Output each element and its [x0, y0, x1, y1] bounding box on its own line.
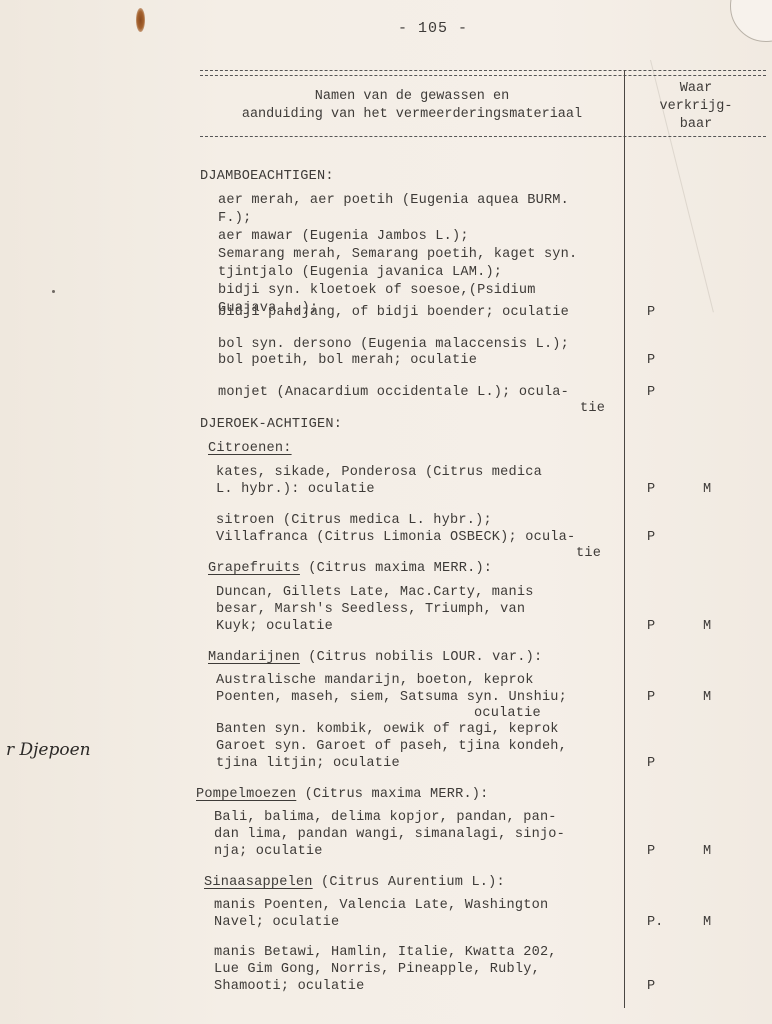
section-heading: DJEROEK-ACHTIGEN: [200, 416, 342, 434]
entry-line: tie [580, 400, 605, 418]
header-line: Waar [680, 81, 712, 96]
entry-line: nja; oculatie [214, 843, 323, 861]
entry-line: sitroen (Citrus medica L. hybr.); [216, 512, 492, 530]
column-header-availability: Waar verkrijg- baar [626, 80, 766, 134]
availability-m: M [703, 689, 711, 707]
availability-m: M [703, 618, 711, 636]
entry-line: Bali, balima, delima kopjor, pandan, pan… [214, 809, 557, 827]
entry-line: monjet (Anacardium occidentale L.); ocul… [218, 384, 569, 402]
group-heading-pompelmoezen: Pompelmoezen (Citrus maxima MERR.): [196, 786, 489, 804]
entry-line: Kuyk; oculatie [216, 618, 333, 636]
availability-p: P [647, 481, 655, 499]
entry-line: besar, Marsh's Seedless, Triumph, van [216, 601, 525, 619]
entry-line: Australische mandarijn, boeton, keprok [216, 672, 534, 690]
header-line: baar [680, 117, 712, 132]
availability-p: P [647, 755, 655, 773]
entry-line: aer mawar (Eugenia Jambos L.); [218, 228, 469, 246]
entry-line: Garoet syn. Garoet of paseh, tjina konde… [216, 738, 567, 756]
header-line: Namen van de gewassen en [315, 89, 509, 104]
availability-p: P. [647, 914, 663, 932]
entry-line: Banten syn. kombik, oewik of ragi, kepro… [216, 721, 559, 739]
availability-m: M [703, 843, 711, 861]
page-number: - 105 - [398, 20, 468, 37]
entry-line: Navel; oculatie [214, 914, 339, 932]
group-latin: (Citrus maxima MERR.): [296, 787, 488, 802]
group-heading-sinaasappelen: Sinaasappelen (Citrus Aurentium L.): [204, 874, 505, 892]
header-dashed-rule [200, 136, 766, 137]
availability-p: P [647, 384, 655, 402]
availability-p: P [647, 689, 655, 707]
group-heading-grapefruits: Grapefruits (Citrus maxima MERR.): [208, 560, 492, 578]
availability-p: P [647, 978, 655, 996]
header-line: verkrijg- [660, 99, 733, 114]
entry-line: Semarang merah, Semarang poetih, kaget s… [218, 246, 577, 264]
entry-line: manis Poenten, Valencia Late, Washington [214, 897, 548, 915]
entry-line: manis Betawi, Hamlin, Italie, Kwatta 202… [214, 944, 557, 962]
entry-line: bol poetih, bol merah; oculatie [218, 352, 477, 370]
entry-line: dan lima, pandan wangi, simanalagi, sinj… [214, 826, 565, 844]
group-heading-citroenen: Citroenen: [208, 440, 292, 458]
group-name: Pompelmoezen [196, 787, 296, 802]
availability-m: M [703, 914, 711, 932]
availability-p: P [647, 618, 655, 636]
entry-line: Shamooti; oculatie [214, 978, 364, 996]
entry-line: tie [576, 545, 601, 563]
group-latin: (Citrus nobilis LOUR. var.): [300, 650, 542, 665]
entry-line: Duncan, Gillets Late, Mac.Carty, manis [216, 584, 534, 602]
entry-line: Lue Gim Gong, Norris, Pineapple, Rubly, [214, 961, 540, 979]
entry-line: tjintjalo (Eugenia javanica LAM.); [218, 264, 502, 282]
availability-p: P [647, 352, 655, 370]
entry-line: bidji syn. kloetoek of soesoe,(Psidium [218, 282, 536, 300]
header-line: aanduiding van het vermeerderingsmateria… [242, 107, 582, 122]
entry-line: aer merah, aer poetih (Eugenia aquea BUR… [218, 192, 569, 210]
header-double-rule [200, 70, 766, 76]
availability-p: P [647, 843, 655, 861]
group-name: Grapefruits [208, 561, 300, 576]
entry-line: tjina litjin; oculatie [216, 755, 400, 773]
availability-m: M [703, 481, 711, 499]
group-name: Sinaasappelen [204, 875, 313, 890]
entry-line: F.); [218, 210, 251, 228]
entry-line: L. hybr.): oculatie [216, 481, 375, 499]
entry-line: bidji pandjang, of bidji boender; oculat… [218, 304, 569, 322]
column-header-names: Namen van de gewassen en aanduiding van … [200, 88, 624, 124]
handwritten-margin-note: r Djepoen [6, 740, 91, 760]
entry-line: Villafranca (Citrus Limonia OSBECK); ocu… [216, 529, 575, 547]
group-latin: (Citrus maxima MERR.): [300, 561, 492, 576]
entry-line: kates, sikade, Ponderosa (Citrus medica [216, 464, 542, 482]
section-heading: DJAMBOEACHTIGEN: [200, 168, 334, 186]
group-name: Mandarijnen [208, 650, 300, 665]
availability-p: P [647, 529, 655, 547]
speck [52, 290, 55, 293]
group-heading-mandarijnen: Mandarijnen (Citrus nobilis LOUR. var.): [208, 649, 542, 667]
availability-p: P [647, 304, 655, 322]
group-latin: (Citrus Aurentium L.): [313, 875, 505, 890]
ink-stain [136, 8, 145, 32]
column-divider [624, 70, 625, 1008]
